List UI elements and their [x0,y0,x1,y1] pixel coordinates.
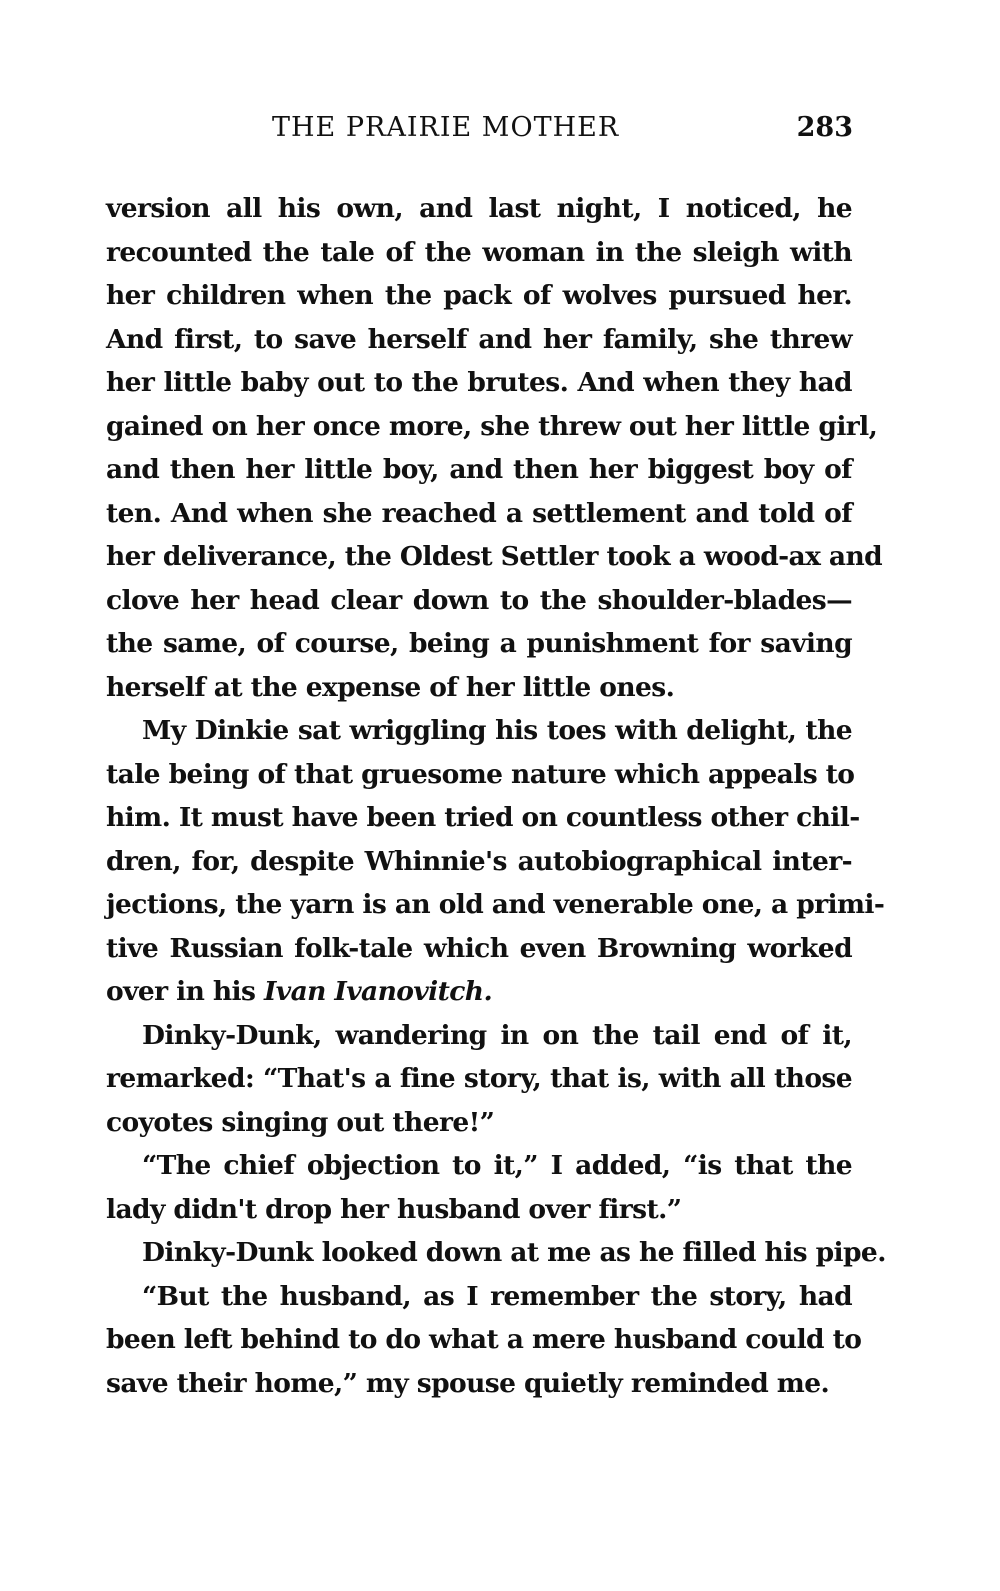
paragraph: version all his own, and last night, I n… [106,187,852,709]
paragraph: My Dinkie sat wriggling his toes with de… [106,709,852,1014]
text-line: herself at the expense of her little one… [106,666,852,710]
running-title: THE PRAIRIE MOTHER [272,112,619,143]
running-head: THE PRAIRIE MOTHER 283 [108,112,853,152]
text-line: jections, the yarn is an old and venerab… [106,883,852,927]
text-line: lady didn't drop her husband over first.… [106,1188,852,1232]
text-line: her children when the pack of wolves pur… [106,274,852,318]
text-line: And first, to save herself and her famil… [106,318,852,362]
text-line: ten. And when she reached a settlement a… [106,492,852,536]
paragraph: “But the husband, as I remember the stor… [106,1275,852,1406]
text-line: been left behind to do what a mere husba… [106,1318,852,1362]
text-line: save their home,” my spouse quietly remi… [106,1362,852,1406]
paragraph: “The chief objection to it,” I added, “i… [106,1144,852,1231]
text-line: dren, for, despite Whinnie's autobiograp… [106,840,852,884]
page-number: 283 [797,112,853,143]
paragraph: Dinky-Dunk, wandering in on the tail end… [106,1014,852,1145]
book-title-italic: Ivan Ivanovitch. [264,976,492,1007]
text-line: the same, of course, being a punishment … [106,622,852,666]
text-line: tive Russian folk-tale which even Browni… [106,927,852,971]
page-body: version all his own, and last night, I n… [106,187,852,1405]
text-span: over in his [106,976,264,1007]
text-line: tale being of that gruesome nature which… [106,753,852,797]
text-line: “The chief objection to it,” I added, “i… [106,1144,852,1188]
text-line: Dinky-Dunk, wandering in on the tail end… [106,1014,852,1058]
text-line: coyotes singing out there!” [106,1101,852,1145]
text-line: gained on her once more, she threw out h… [106,405,852,449]
text-line: Dinky-Dunk looked down at me as he fille… [106,1231,852,1275]
text-line: her little baby out to the brutes. And w… [106,361,852,405]
text-line: recounted the tale of the woman in the s… [106,231,852,275]
text-line: My Dinkie sat wriggling his toes with de… [106,709,852,753]
text-line: remarked: “That's a fine story, that is,… [106,1057,852,1101]
paragraph: Dinky-Dunk looked down at me as he fille… [106,1231,852,1275]
text-line: and then her little boy, and then her bi… [106,448,852,492]
text-line: over in his Ivan Ivanovitch. [106,970,852,1014]
text-line: “But the husband, as I remember the stor… [106,1275,852,1319]
text-line: clove her head clear down to the shoulde… [106,579,852,623]
text-line: him. It must have been tried on countles… [106,796,852,840]
text-line: version all his own, and last night, I n… [106,187,852,231]
text-line: her deliverance, the Oldest Settler took… [106,535,852,579]
